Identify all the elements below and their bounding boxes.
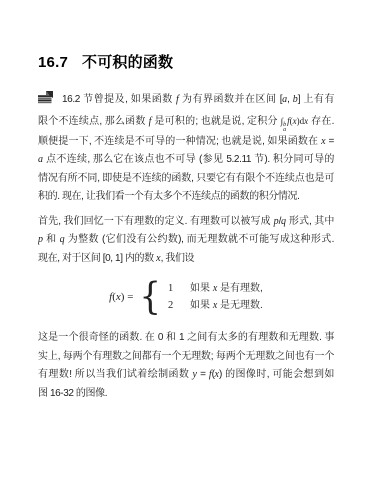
formula-lhs: f(x) = [109, 291, 133, 303]
formula-cases: 1 如果 x 是有理数, 2 如果 x 是无理数. [168, 280, 263, 315]
section-heading: 16.7不可积的函数 [38, 54, 334, 72]
paragraph-3: 这是一个很奇怪的函数. 在 0 和 1 之间有太多的有理数和无理数. 事 实上,… [38, 329, 334, 403]
text-line: 情况有所不同, 即使是不连续的函数, 只要它有有限个不连续点也是可 [38, 170, 334, 189]
text-line: a 点不连续, 那么它在该点也不可导 (参见 5.2.11 节). 积分同可导的 [38, 151, 334, 170]
text-line: 顺便提一下, 不连续是不可导的一种情况; 也就是说, 如果函数在 x = [38, 133, 334, 152]
left-brace: { [139, 277, 161, 317]
text-line: 实上, 每两个有理数之间都有一个无理数; 每两个无理数之间也有一个 [38, 348, 334, 367]
book-page: 16.7不可积的函数 16.2 节曾提及, 如果函数 f 为有界函数并在区间 [… [0, 0, 370, 480]
text-line: p 和 q 为整数 (它们没有公约数), 而无理数就不可能写成这种形式. [38, 231, 334, 250]
case-value: 2 [168, 297, 176, 315]
section-title: 不可积的函数 [82, 54, 173, 71]
text-line: 图 16-32 的图像. [38, 385, 334, 404]
text-run: 16.2 节曾提及, 如果函数 f 为有界函数并在区间 [a, b] 上有有 [62, 94, 334, 105]
text-line: 积的. 现在, 让我们看一个有太多个不连续点的函数的积分情况. [38, 188, 334, 207]
text-line: 限个不连续点, 那么函数 f 是可积的; 也就是说, 定积分 ∫baf(x)dx… [38, 112, 334, 133]
case-condition: 如果 x 是有理数, [190, 280, 263, 298]
text-line: 有理数! 所以当我们试着绘制函数 y = f(x) 的图像时, 可能会想到如 [38, 366, 334, 385]
case-row: 1 如果 x 是有理数, [168, 280, 263, 298]
section-number: 16.7 [38, 54, 68, 71]
text-line: 这是一个很奇怪的函数. 在 0 和 1 之间有太多的有理数和无理数. 事 [38, 329, 334, 348]
notes-icon [38, 91, 53, 112]
case-value: 1 [168, 280, 176, 298]
text-line: 现在, 对于区间 [0, 1] 内的数 x, 我们设 [38, 250, 334, 269]
text-line: 首先, 我们回忆一下有理数的定义. 有理数可以被写成 p/q 形式, 其中 [38, 213, 334, 232]
page-content: 16.7不可积的函数 16.2 节曾提及, 如果函数 f 为有界函数并在区间 [… [38, 54, 334, 403]
text-line: 16.2 节曾提及, 如果函数 f 为有界函数并在区间 [a, b] 上有有 [38, 91, 334, 112]
case-row: 2 如果 x 是无理数. [168, 297, 263, 315]
paragraph-1: 16.2 节曾提及, 如果函数 f 为有界函数并在区间 [a, b] 上有有 限… [38, 91, 334, 207]
piecewise-formula: f(x) = { 1 如果 x 是有理数, 2 如果 x 是无理数. [38, 277, 334, 317]
paragraph-2: 首先, 我们回忆一下有理数的定义. 有理数可以被写成 p/q 形式, 其中 p … [38, 213, 334, 269]
case-condition: 如果 x 是无理数. [190, 297, 263, 315]
